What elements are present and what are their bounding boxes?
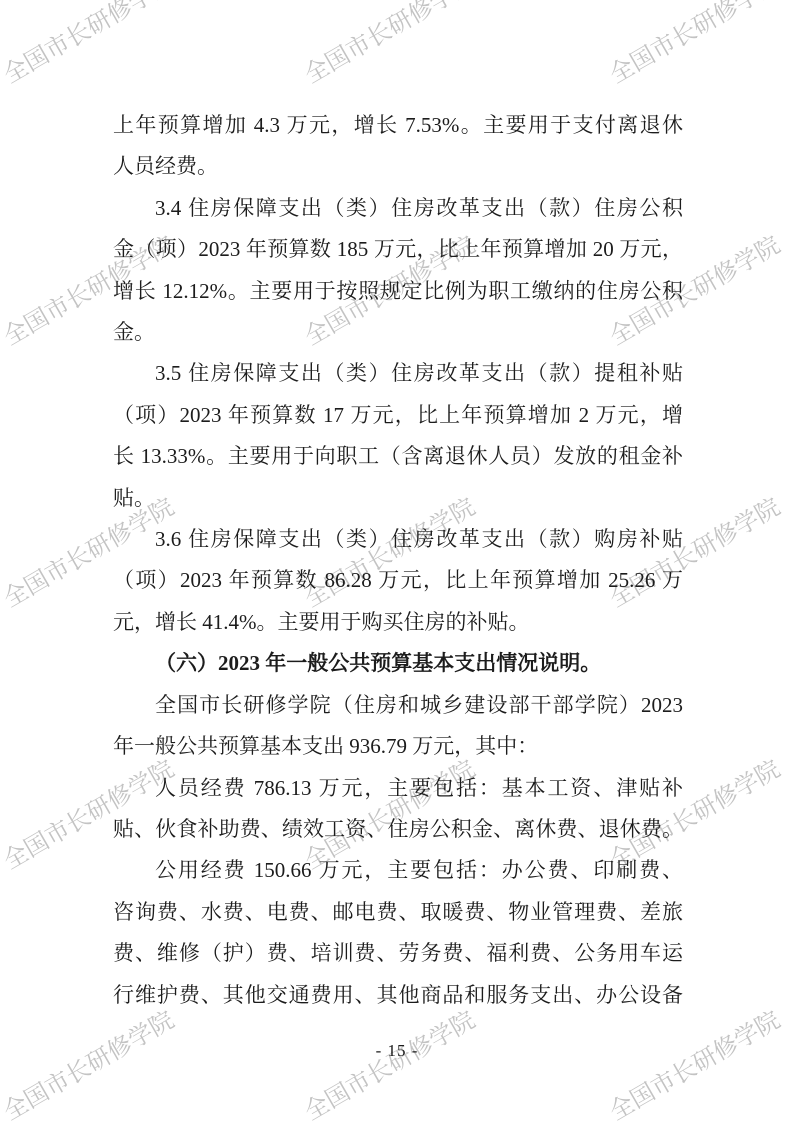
watermark-text: 全国市长研修学院 xyxy=(0,1008,178,1123)
document-page: 全国市长研修学院 全国市长研修学院 全国市长研修学院 全国市长研修学院 全国市长… xyxy=(0,0,794,1123)
text-line: 公用经费 150.66 万元，主要包括：办公费、印刷费、 xyxy=(113,850,683,891)
document-content: 上年预算增加 4.3 万元，增长 7.53%。主要用于支付离退休 人员经费。 3… xyxy=(113,105,683,1016)
watermark-text: 全国市长研修学院 xyxy=(606,1008,784,1123)
watermark-text: 全国市长研修学院 xyxy=(301,0,479,88)
text-line: 行维护费、其他交通费用、其他商品和服务支出、办公设备 xyxy=(113,975,683,1016)
text-line: 3.5 住房保障支出（类）住房改革支出（款）提租补贴 xyxy=(113,353,683,394)
text-line: 元，增长 41.4%。主要用于购买住房的补贴。 xyxy=(113,602,683,643)
text-line: 3.6 住房保障支出（类）住房改革支出（款）购房补贴 xyxy=(113,519,683,560)
watermark-text: 全国市长研修学院 xyxy=(606,0,784,88)
text-line: 3.4 住房保障支出（类）住房改革支出（款）住房公积 xyxy=(113,188,683,229)
text-line: 金。 xyxy=(113,312,683,353)
text-line: 年一般公共预算基本支出 936.79 万元，其中： xyxy=(113,726,683,767)
text-line: 贴。 xyxy=(113,478,683,519)
text-line: 人员经费。 xyxy=(113,146,683,187)
watermark-text: 全国市长研修学院 xyxy=(301,1008,479,1123)
page-number: - 15 - xyxy=(0,1041,794,1061)
text-line: 金（项）2023 年预算数 185 万元，比上年预算增加 20 万元， xyxy=(113,229,683,270)
text-line: 长 13.33%。主要用于向职工（含离退休人员）发放的租金补 xyxy=(113,436,683,477)
text-line: （项）2023 年预算数 86.28 万元，比上年预算增加 25.26 万 xyxy=(113,560,683,601)
text-line: 全国市长研修学院（住房和城乡建设部干部学院）2023 xyxy=(113,685,683,726)
text-line: 贴、伙食补助费、绩效工资、住房公积金、离休费、退休费。 xyxy=(113,809,683,850)
text-line: 咨询费、水费、电费、邮电费、取暖费、物业管理费、差旅 xyxy=(113,892,683,933)
text-line: （项）2023 年预算数 17 万元，比上年预算增加 2 万元，增 xyxy=(113,395,683,436)
text-line: 费、维修（护）费、培训费、劳务费、福利费、公务用车运 xyxy=(113,933,683,974)
text-line: 上年预算增加 4.3 万元，增长 7.53%。主要用于支付离退休 xyxy=(113,105,683,146)
text-line: 人员经费 786.13 万元，主要包括：基本工资、津贴补 xyxy=(113,768,683,809)
section-heading: （六）2023 年一般公共预算基本支出情况说明。 xyxy=(113,643,683,684)
watermark-text: 全国市长研修学院 xyxy=(0,0,178,88)
text-line: 增长 12.12%。主要用于按照规定比例为职工缴纳的住房公积 xyxy=(113,271,683,312)
